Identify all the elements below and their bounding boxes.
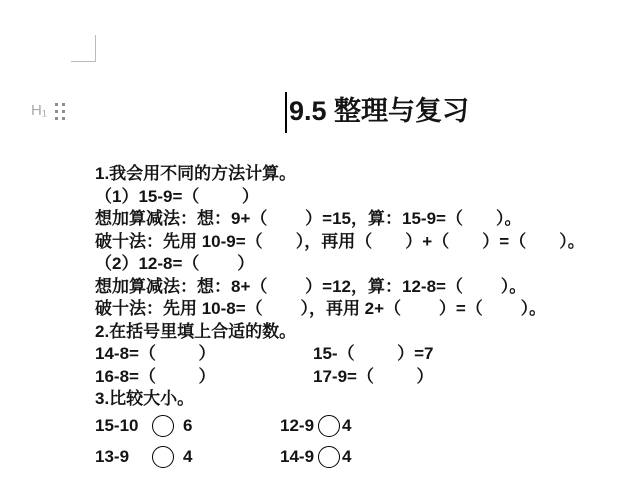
- q2-fill-cell[interactable]: 14-8=（ ）: [95, 343, 215, 366]
- drag-handle-icon[interactable]: [55, 103, 65, 120]
- q1-item1-think-method[interactable]: 想加算减法：想：9+（ ）=15，算：15-9=（ ）。: [95, 208, 635, 231]
- q3-compare-item: 12-9 4: [280, 411, 351, 442]
- q1-item1[interactable]: （1）15-9=（ ）: [95, 186, 635, 209]
- expression: 12-9: [280, 416, 318, 436]
- document-page: H₁ 9.5 整理与复习 1.我会用不同的方法计算。 （1）15-9=（ ） 想…: [0, 0, 640, 480]
- value: 4: [183, 447, 192, 467]
- heading-level-badge: H₁: [31, 101, 47, 121]
- value: 4: [342, 416, 351, 436]
- title-row: 9.5 整理与复习: [285, 92, 469, 133]
- text-boundary-corner-mark: [95, 35, 96, 62]
- q3-compare-row: 13-9 4 14-9 4: [95, 442, 635, 473]
- expression: 13-9: [95, 447, 152, 467]
- text-cursor: [285, 92, 287, 133]
- value: 6: [183, 416, 192, 436]
- value: 4: [342, 447, 351, 467]
- q1-item2-think-method[interactable]: 想加算减法：想：8+（ ）=12，算：12-8=（ ）。: [95, 276, 635, 299]
- comparison-circle[interactable]: [318, 415, 340, 437]
- q2-fill-cell[interactable]: 15-（ ）=7: [313, 343, 433, 366]
- expression: 14-9: [280, 447, 318, 467]
- expression: 15-10: [95, 416, 152, 436]
- q2-fill-row: 16-8=（ ） 17-9=（ ）: [95, 366, 635, 389]
- comparison-circle[interactable]: [152, 446, 174, 468]
- comparison-circle[interactable]: [318, 446, 340, 468]
- q1-heading[interactable]: 1.我会用不同的方法计算。: [95, 163, 635, 186]
- comparison-circle[interactable]: [152, 415, 174, 437]
- q3-heading[interactable]: 3.比较大小。: [95, 388, 635, 411]
- q2-fill-cell[interactable]: 17-9=（ ）: [313, 366, 433, 389]
- text-boundary-corner-mark: [71, 61, 96, 62]
- q3-compare-row: 15-10 6 12-9 4: [95, 411, 635, 442]
- q2-fill-cell[interactable]: 16-8=（ ）: [95, 366, 215, 389]
- worksheet-body: 1.我会用不同的方法计算。 （1）15-9=（ ） 想加算减法：想：9+（ ）=…: [95, 163, 635, 473]
- page-title[interactable]: 9.5 整理与复习: [289, 92, 469, 130]
- block-controls: H₁: [31, 101, 65, 121]
- q1-item1-break10-method[interactable]: 破十法：先用 10-9=（ ），再用（ ）+（ ）=（ ）。: [95, 231, 635, 254]
- q2-heading[interactable]: 2.在括号里填上合适的数。: [95, 321, 635, 344]
- q3-compare-item: 13-9 4: [95, 442, 192, 473]
- q3-compare-item: 15-10 6: [95, 411, 192, 442]
- q2-fill-row: 14-8=（ ） 15-（ ）=7: [95, 343, 635, 366]
- q3-compare-item: 14-9 4: [280, 442, 351, 473]
- q1-item2[interactable]: （2）12-8=（ ）: [95, 253, 635, 276]
- q1-item2-break10-method[interactable]: 破十法：先用 10-8=（ ），再用 2+（ ）=（ ）。: [95, 298, 635, 321]
